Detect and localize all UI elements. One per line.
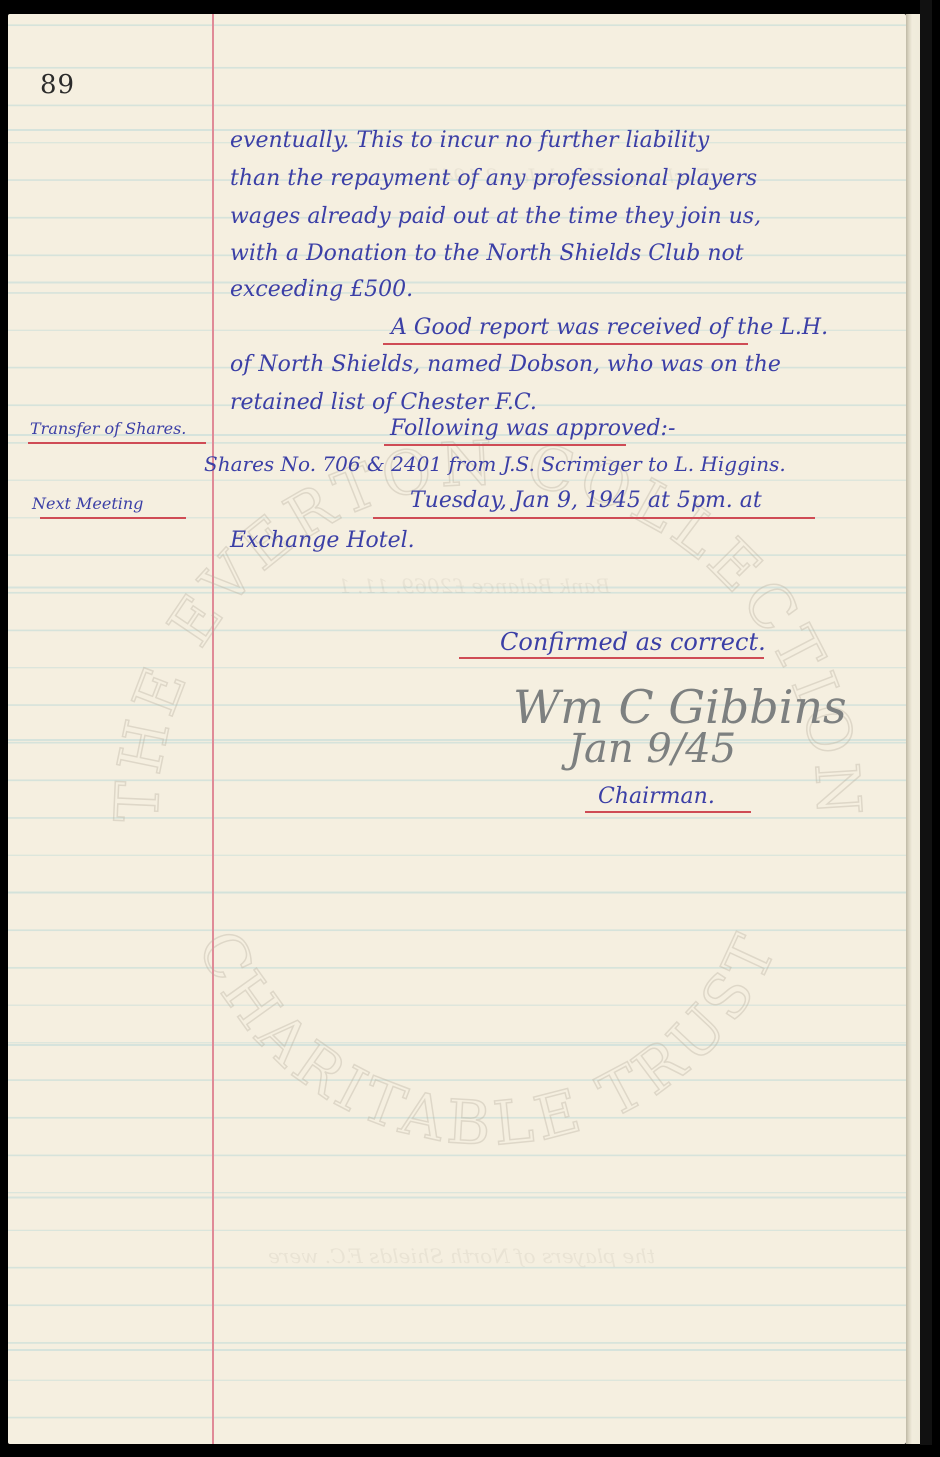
red-underline [40, 517, 186, 519]
minute-line: Exchange Hotel. [230, 528, 415, 553]
minute-line: of North Shields, named Dobson, who was … [230, 352, 781, 377]
minute-line: than the repayment of any professional p… [230, 166, 757, 191]
signature-date: Jan 9/45 [568, 726, 736, 772]
minute-line: Following was approved:- [390, 416, 675, 441]
red-underline [585, 811, 751, 813]
minute-line: eventually. This to incur no further lia… [230, 128, 709, 153]
margin-note-next-meeting: Next Meeting [32, 494, 143, 513]
scan-border [920, 0, 932, 1445]
minute-line: retained list of Chester F.C. [230, 390, 537, 415]
margin-note-transfer-of-shares: Transfer of Shares. [30, 419, 186, 438]
bleed-through-text: Bank Balance £2069. 11. 1 [338, 574, 610, 598]
confirmed-text: Confirmed as correct. [500, 628, 766, 656]
red-underline [384, 444, 626, 446]
ledger-page: THE EVERTON COLLECTION CHARITABLE TRUST … [8, 14, 906, 1444]
red-underline [383, 343, 748, 345]
red-underline [28, 442, 206, 444]
minute-line: exceeding £500. [230, 277, 413, 302]
minute-line: wages already paid out at the time they … [230, 204, 761, 229]
red-margin-rule [212, 14, 214, 1444]
minute-line: A Good report was received of the L.H. [391, 315, 828, 340]
bleed-through-text: the players of North Shields F.C. were [268, 1244, 655, 1268]
page-number: 89 [40, 70, 75, 100]
red-underline [373, 517, 815, 519]
minute-line: with a Donation to the North Shields Clu… [230, 241, 744, 266]
chairman-title: Chairman. [598, 784, 715, 809]
minute-line: Shares No. 706 & 2401 from J.S. Scrimige… [204, 452, 786, 476]
minute-line: Tuesday, Jan 9, 1945 at 5pm. at [410, 488, 762, 513]
red-underline [459, 657, 764, 659]
